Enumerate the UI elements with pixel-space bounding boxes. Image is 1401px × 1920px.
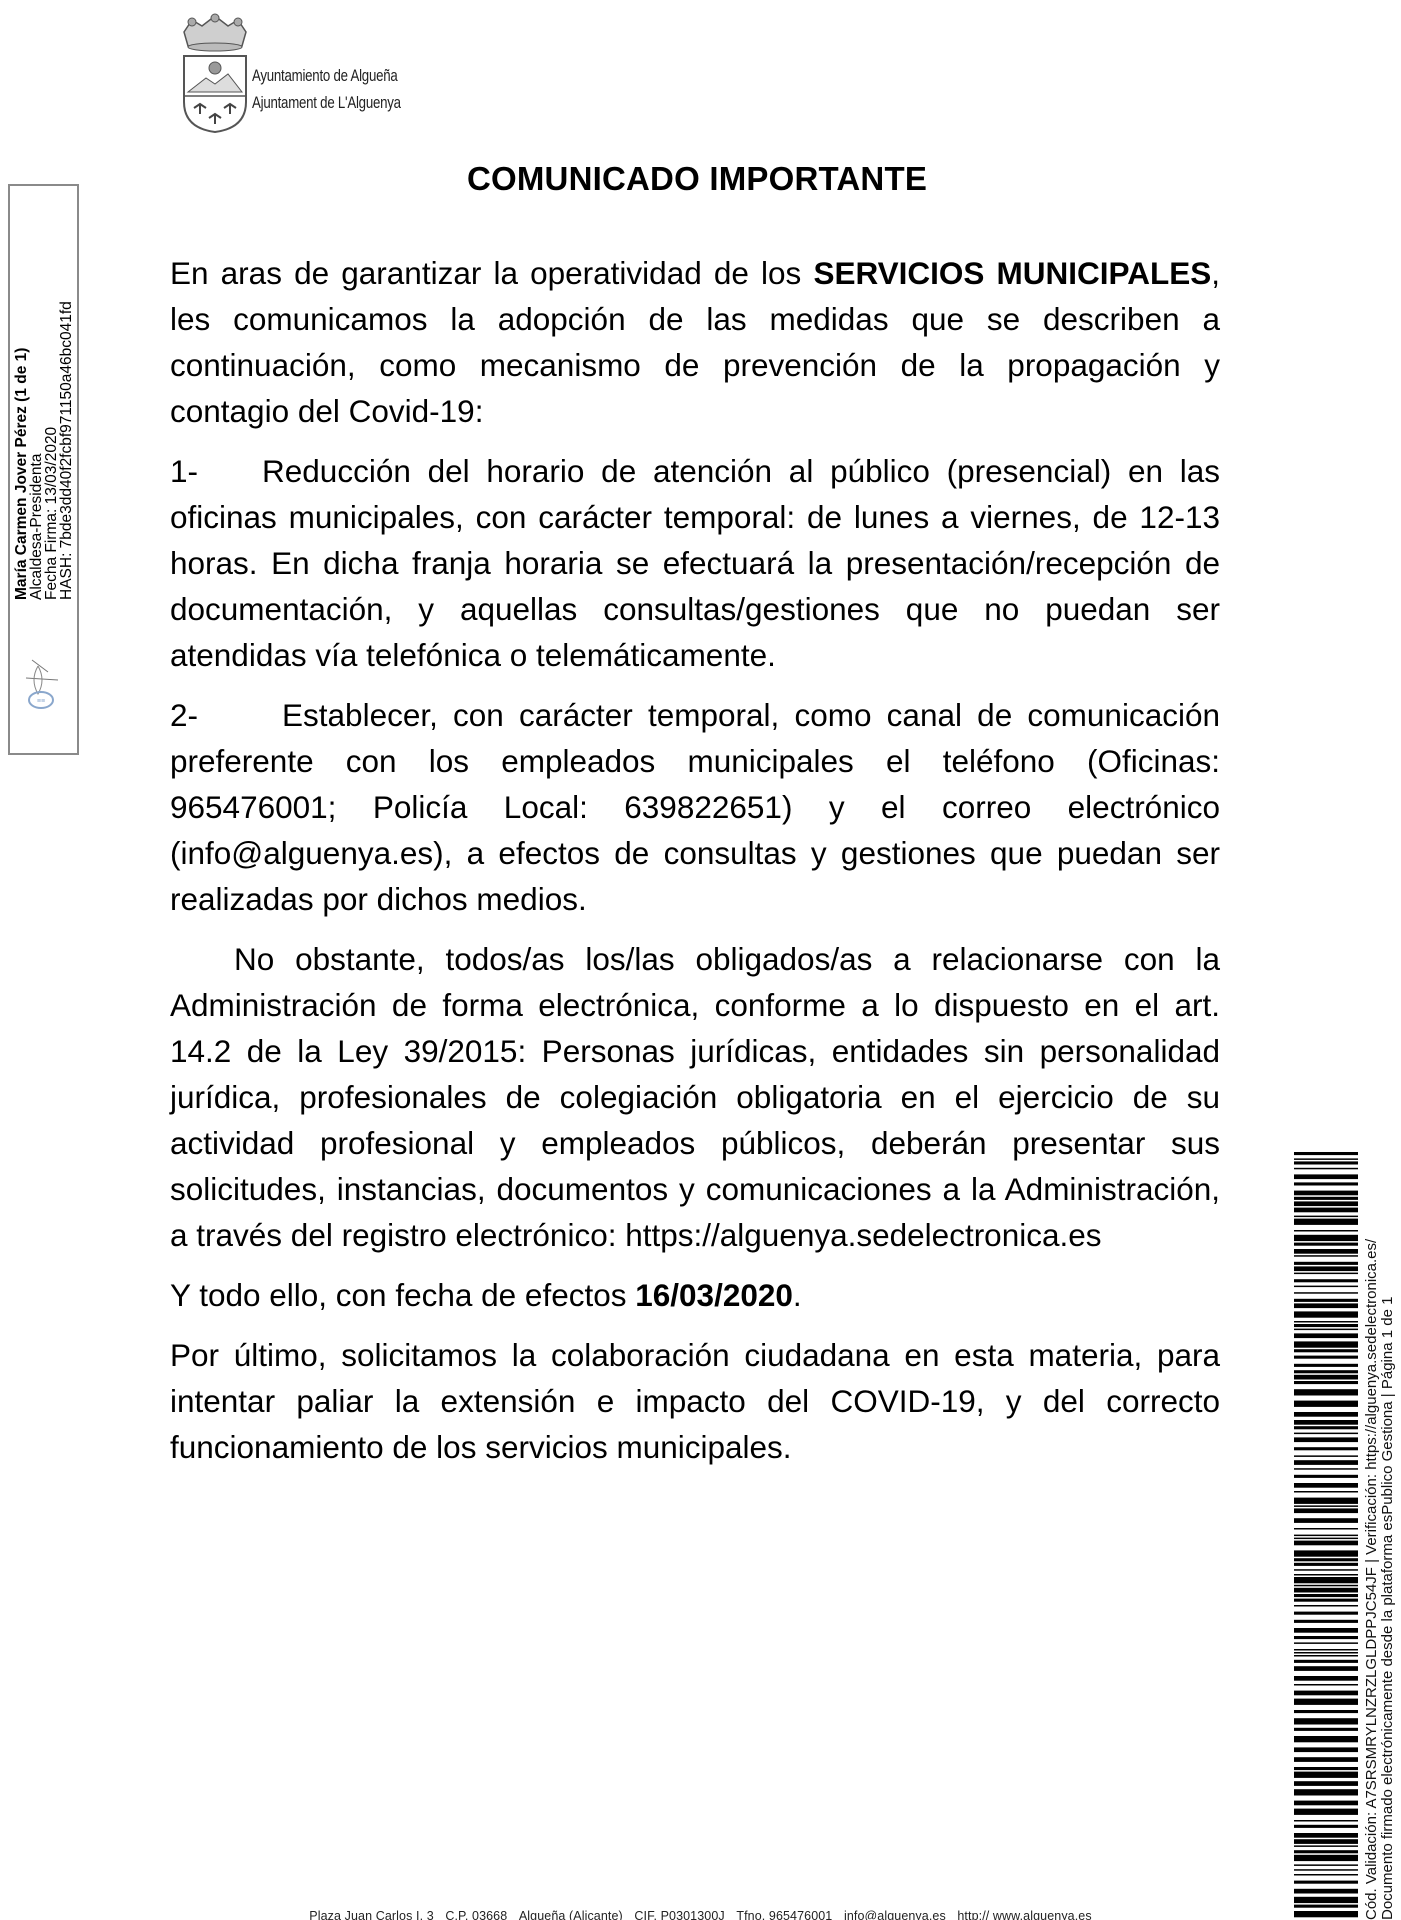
signature-hash: HASH: 7bde3dd40f2fcbf971150a46bc041fd xyxy=(59,180,74,600)
footer-web[interactable]: http:// www.alguenya.es xyxy=(957,1909,1091,1920)
logo-line-valencian: Ajuntament de L'Alguenya xyxy=(252,89,401,116)
footer: Plaza Juan Carlos I, 3 C.P. 03668 Algueñ… xyxy=(0,1909,1401,1920)
intro-paragraph: En aras de garantizar la operatividad de… xyxy=(170,250,1220,434)
coat-of-arms-icon xyxy=(178,12,252,134)
municipal-logo: Ayuntamiento de Algueña Ajuntament de L'… xyxy=(178,12,418,134)
item-number: 1- xyxy=(170,453,198,489)
item-number: 2- xyxy=(170,697,198,733)
services-highlight: SERVICIOS MUNICIPALES xyxy=(813,255,1211,291)
measure-item-1: 1-Reducción del horario de atención al p… xyxy=(170,448,1220,678)
svg-text:≡≡: ≡≡ xyxy=(37,698,45,705)
item-text: Establecer, con carácter temporal, como … xyxy=(170,697,1220,917)
barcode-icon xyxy=(1294,1152,1358,1920)
signer-name: María Carmen Jover Pérez (1 de 1) xyxy=(14,180,29,600)
effective-date-paragraph: Y todo ello, con fecha de efectos 16/03/… xyxy=(170,1272,1220,1318)
footer-cif: CIF. P0301300J xyxy=(634,1909,724,1920)
signature-stamp-icon: ≡≡ xyxy=(18,650,64,712)
validation-code: Cód. Validación: A7SRSMRYLNZRZLGLDPPJC54… xyxy=(1364,1239,1380,1920)
footer-postal: C.P. 03668 xyxy=(445,1909,507,1920)
logo-line-spanish: Ayuntamiento de Algueña xyxy=(252,62,401,89)
signature-date: Fecha Firma: 13/03/2020 xyxy=(44,180,59,600)
signer-role: Alcaldesa-Presidenta xyxy=(29,180,44,600)
notice-paragraph: No obstante, todos/as los/las obligados/… xyxy=(170,936,1220,1258)
signature-text: María Carmen Jover Pérez (1 de 1) Alcald… xyxy=(14,180,74,600)
page-title: COMUNICADO IMPORTANTE xyxy=(0,160,1394,198)
footer-town: Algueña (Alicante) xyxy=(519,1909,623,1920)
footer-phone: Tfno. 965476001 xyxy=(736,1909,832,1920)
logo-text: Ayuntamiento de Algueña Ajuntament de L'… xyxy=(252,62,401,116)
document-body: En aras de garantizar la operatividad de… xyxy=(170,250,1220,1484)
closing-paragraph: Por último, solicitamos la colaboración … xyxy=(170,1332,1220,1470)
footer-address: Plaza Juan Carlos I, 3 xyxy=(309,1909,433,1920)
item-text: Reducción del horario de atención al púb… xyxy=(170,453,1220,673)
measure-item-2: 2-Establecer, con carácter temporal, com… xyxy=(170,692,1220,922)
effective-date: 16/03/2020 xyxy=(635,1277,793,1313)
footer-email[interactable]: info@alguenya.es xyxy=(844,1909,946,1920)
platform-note: Documento firmado electrónicamente desde… xyxy=(1380,1239,1396,1920)
verification-text: Cód. Validación: A7SRSMRYLNZRZLGLDPPJC54… xyxy=(1364,1239,1396,1920)
